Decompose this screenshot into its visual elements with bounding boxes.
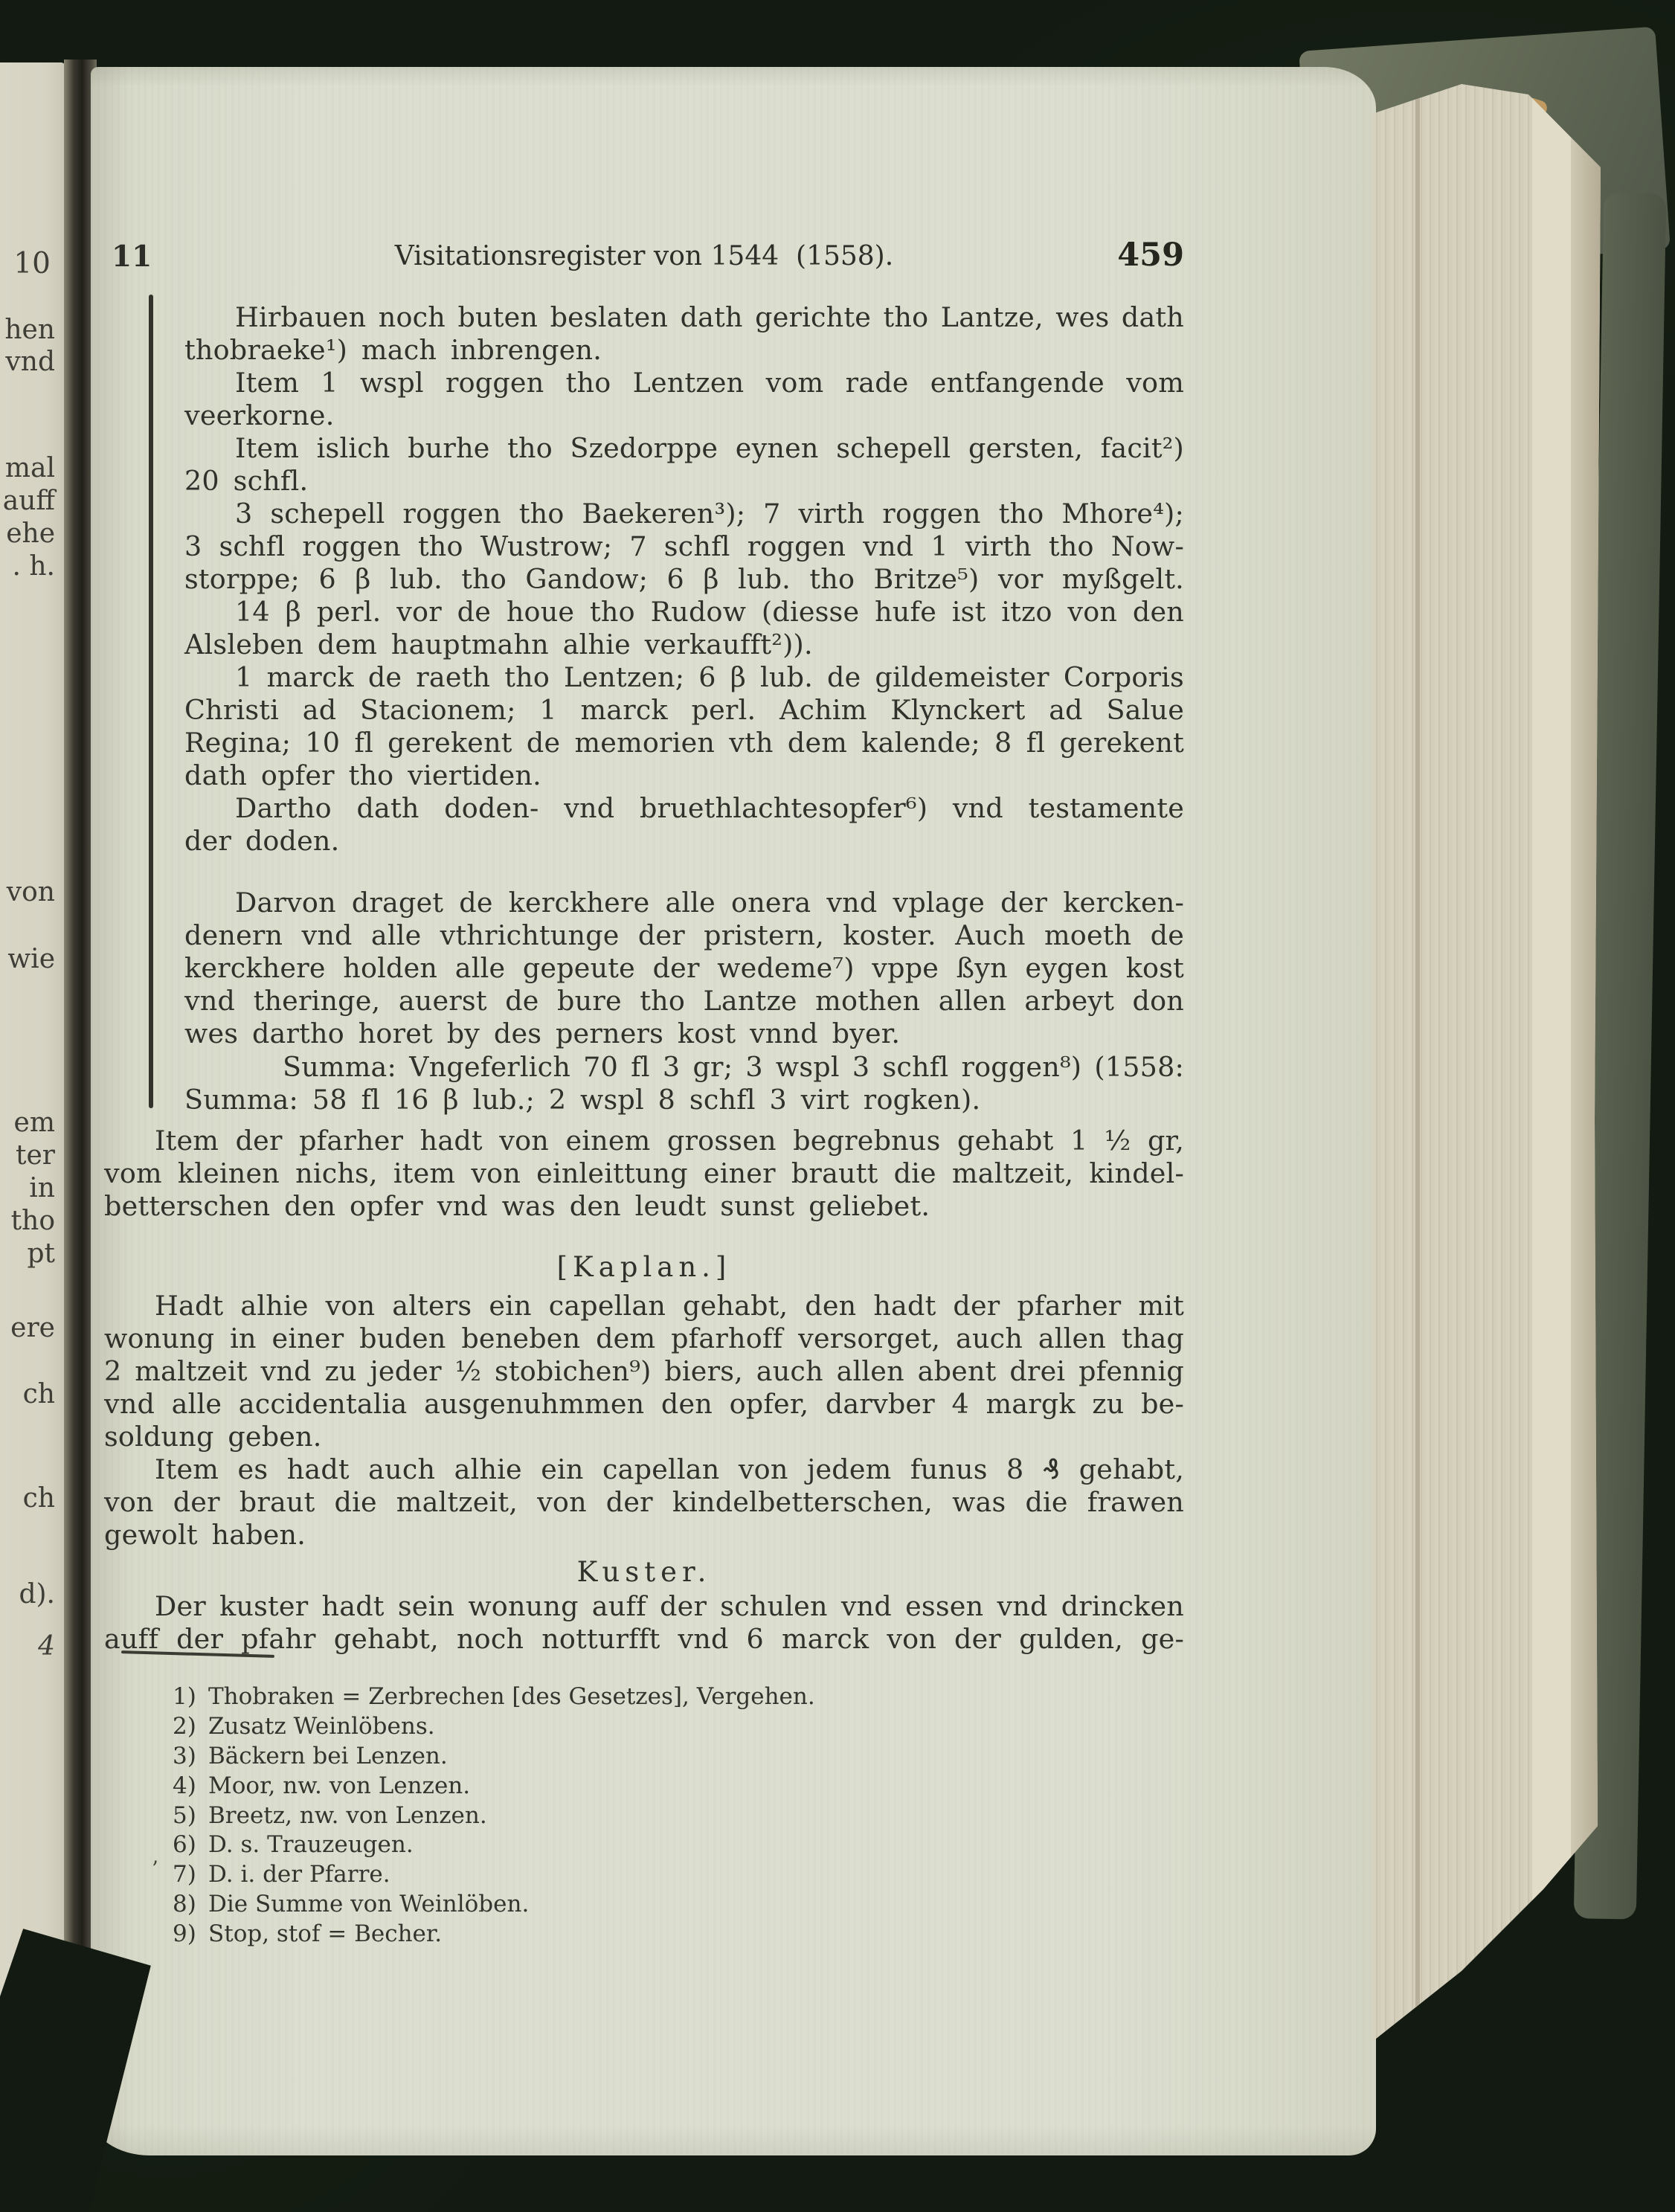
margin-fragment: wie bbox=[7, 944, 55, 974]
text-line: 3 schepell roggen tho Baekeren³); 7 virt… bbox=[184, 498, 1184, 530]
text-line: dath opfer tho viertiden. bbox=[184, 759, 1184, 792]
footnote-text: Die Summe von Weinlöben. bbox=[208, 1891, 529, 1917]
fore-edge-highlight bbox=[1532, 78, 1571, 2136]
footnote: 4)Moor, nw. von Lenzen. bbox=[173, 1772, 1184, 1800]
fore-edge-pages bbox=[1372, 78, 1601, 2136]
footnote-text: Thobraken = Zerbrechen [des Gesetzes], V… bbox=[208, 1683, 815, 1710]
footnote: 2)Zusatz Weinlöbens. bbox=[173, 1712, 1184, 1740]
facing-page-number: 10 bbox=[13, 247, 51, 280]
text-line: gewolt haben. bbox=[104, 1519, 1184, 1552]
summa-line: Summa: 58 fl 16 β lub.; 2 wspl 8 schfl 3… bbox=[184, 1084, 1184, 1116]
footnote-text: Breetz, nw. von Lenzen. bbox=[208, 1802, 487, 1829]
footnote-text: D. i. der Pfarre. bbox=[208, 1861, 390, 1888]
text-line: Hadt alhie von alters ein capellan gehab… bbox=[104, 1290, 1184, 1322]
text-line: Darvon draget de kerckhere alle onera vn… bbox=[184, 887, 1184, 919]
margin-fragment: ch bbox=[23, 1483, 55, 1514]
text-line: kerckhere holden alle gepeute der wedeme… bbox=[184, 952, 1184, 985]
text-line: denern vnd alle vthrichtunge der prister… bbox=[184, 919, 1184, 952]
margin-fragment: vnd bbox=[5, 347, 55, 377]
footnote: 8)Die Summe von Weinlöben. bbox=[173, 1890, 1184, 1918]
margin-fragment: mal bbox=[5, 453, 55, 483]
text-line: Regina; 10 fl gerekent de memorien vth d… bbox=[184, 727, 1184, 759]
footnote: 9)Stop, stof = Becher. bbox=[173, 1920, 1184, 1948]
margin-fragment: ehe bbox=[6, 518, 55, 549]
text-line: soldung geben. bbox=[104, 1421, 1184, 1453]
footnote-text: D. s. Trauzeugen. bbox=[208, 1831, 414, 1858]
footnote-number: 4) bbox=[173, 1772, 208, 1800]
text-line: Dartho dath doden- vnd bruethlachtesopfe… bbox=[184, 792, 1184, 825]
text-line: betterschen den opfer vnd was den leudt … bbox=[104, 1190, 1184, 1223]
text-line: vom kleinen nichs, item von einleittung … bbox=[104, 1157, 1184, 1190]
text-line: Hirbauen noch buten beslaten dath gerich… bbox=[184, 301, 1184, 334]
margin-fragment: ch bbox=[23, 1379, 55, 1409]
text-line: 1 marck de raeth tho Lentzen; 6 β lub. d… bbox=[184, 661, 1184, 694]
margin-fragment: von bbox=[7, 877, 55, 907]
section-heading-kuster: Kuster. bbox=[104, 1556, 1184, 1588]
text-line: Alsleben dem hauptmahn alhie verkaufft²)… bbox=[184, 628, 1184, 661]
footnote-text: Zusatz Weinlöbens. bbox=[208, 1713, 435, 1740]
footnote: 5)Breetz, nw. von Lenzen. bbox=[173, 1801, 1184, 1830]
footnote-number: 2) bbox=[173, 1712, 208, 1740]
text-line: veerkorne. bbox=[184, 399, 1184, 432]
text-line: von der braut die maltzeit, von der kind… bbox=[104, 1486, 1184, 1519]
text-line: wonung in einer buden beneben dem pfarho… bbox=[104, 1322, 1184, 1355]
text-line: Item es hadt auch alhie ein capellan von… bbox=[104, 1453, 1184, 1486]
margin-fragment: auff bbox=[3, 486, 55, 516]
text-line: Item islich burhe tho Szedorppe eynen sc… bbox=[184, 432, 1184, 465]
text-line: Christi ad Stacionem; 1 marck perl. Achi… bbox=[184, 694, 1184, 727]
text-line: thobraeke¹) mach inbrengen. bbox=[184, 334, 1184, 367]
text-line: der doden. bbox=[184, 825, 1184, 858]
margin-fragment: ere bbox=[10, 1313, 55, 1343]
fore-edge-groove bbox=[1415, 78, 1420, 2136]
quotation-rule bbox=[149, 295, 153, 1108]
text-line: Item 1 wspl roggen tho Lentzen vom rade … bbox=[184, 367, 1184, 399]
summa-line: Summa: Vngeferlich 70 fl 3 gr; 3 wspl 3 … bbox=[184, 1051, 1184, 1084]
footnote-text: Moor, nw. von Lenzen. bbox=[208, 1772, 470, 1799]
text-line: storppe; 6 β lub. tho Gandow; 6 β lub. t… bbox=[184, 563, 1184, 596]
print-artifact: ’ bbox=[152, 1856, 158, 1881]
margin-fragment: hen bbox=[4, 315, 55, 345]
footnote-text: Stop, stof = Becher. bbox=[208, 1920, 442, 1947]
text-line: vnd alle accidentalia ausgenuhmmen den o… bbox=[104, 1388, 1184, 1421]
text-line: Item der pfarher hadt von einem grossen … bbox=[104, 1125, 1184, 1157]
footnote-number: 9) bbox=[173, 1920, 208, 1948]
margin-fragment: d). bbox=[19, 1579, 55, 1610]
margin-fragment: . h. bbox=[12, 551, 55, 582]
margin-fragment: in bbox=[29, 1173, 55, 1203]
footnote-number: 7) bbox=[173, 1860, 208, 1888]
footnote-number: 6) bbox=[173, 1830, 208, 1859]
footnote-number: 5) bbox=[173, 1801, 208, 1830]
facing-page-strip: 10 hen vnd mal auff ehe . h. von wie em … bbox=[0, 62, 65, 2130]
margin-fragment: tho bbox=[11, 1206, 55, 1236]
footnote-number: 8) bbox=[173, 1890, 208, 1918]
margin-fragment: 4 bbox=[38, 1631, 55, 1662]
margin-fragment: ter bbox=[16, 1140, 55, 1171]
text-line: auff der pfahr gehabt, noch notturfft vn… bbox=[104, 1623, 1184, 1656]
footnote-number: 1) bbox=[173, 1682, 208, 1711]
text-line: 20 schfl. bbox=[184, 465, 1184, 498]
book-scan: 10 hen vnd mal auff ehe . h. von wie em … bbox=[0, 0, 1675, 2212]
text-line: 14 β perl. vor de houe tho Rudow (diesse… bbox=[184, 596, 1184, 628]
section-heading-kaplan: [Kaplan.] bbox=[104, 1251, 1184, 1283]
page-number: 459 bbox=[104, 237, 1184, 274]
footnote-number: 3) bbox=[173, 1742, 208, 1770]
text-line: wes dartho horet by des perners kost vnn… bbox=[184, 1017, 1184, 1050]
margin-fragment: em bbox=[14, 1107, 55, 1138]
footnote: 7)D. i. der Pfarre. bbox=[173, 1860, 1184, 1888]
footnote-text: Bäckern bei Lenzen. bbox=[208, 1743, 448, 1769]
text-line: Der kuster hadt sein wonung auff der sch… bbox=[104, 1590, 1184, 1623]
footnote: 3)Bäckern bei Lenzen. bbox=[173, 1742, 1184, 1770]
footnote: 6)D. s. Trauzeugen. bbox=[173, 1830, 1184, 1859]
text-line: 3 schfl roggen tho Wustrow; 7 schfl rogg… bbox=[184, 530, 1184, 563]
margin-fragment: pt bbox=[27, 1238, 55, 1269]
text-line: vnd theringe, auerst de bure tho Lantze … bbox=[184, 985, 1184, 1017]
footnote: 1)Thobraken = Zerbrechen [des Gesetzes],… bbox=[173, 1682, 1184, 1711]
text-line: 2 maltzeit vnd zu jeder ½ stobichen⁹) bi… bbox=[104, 1355, 1184, 1388]
